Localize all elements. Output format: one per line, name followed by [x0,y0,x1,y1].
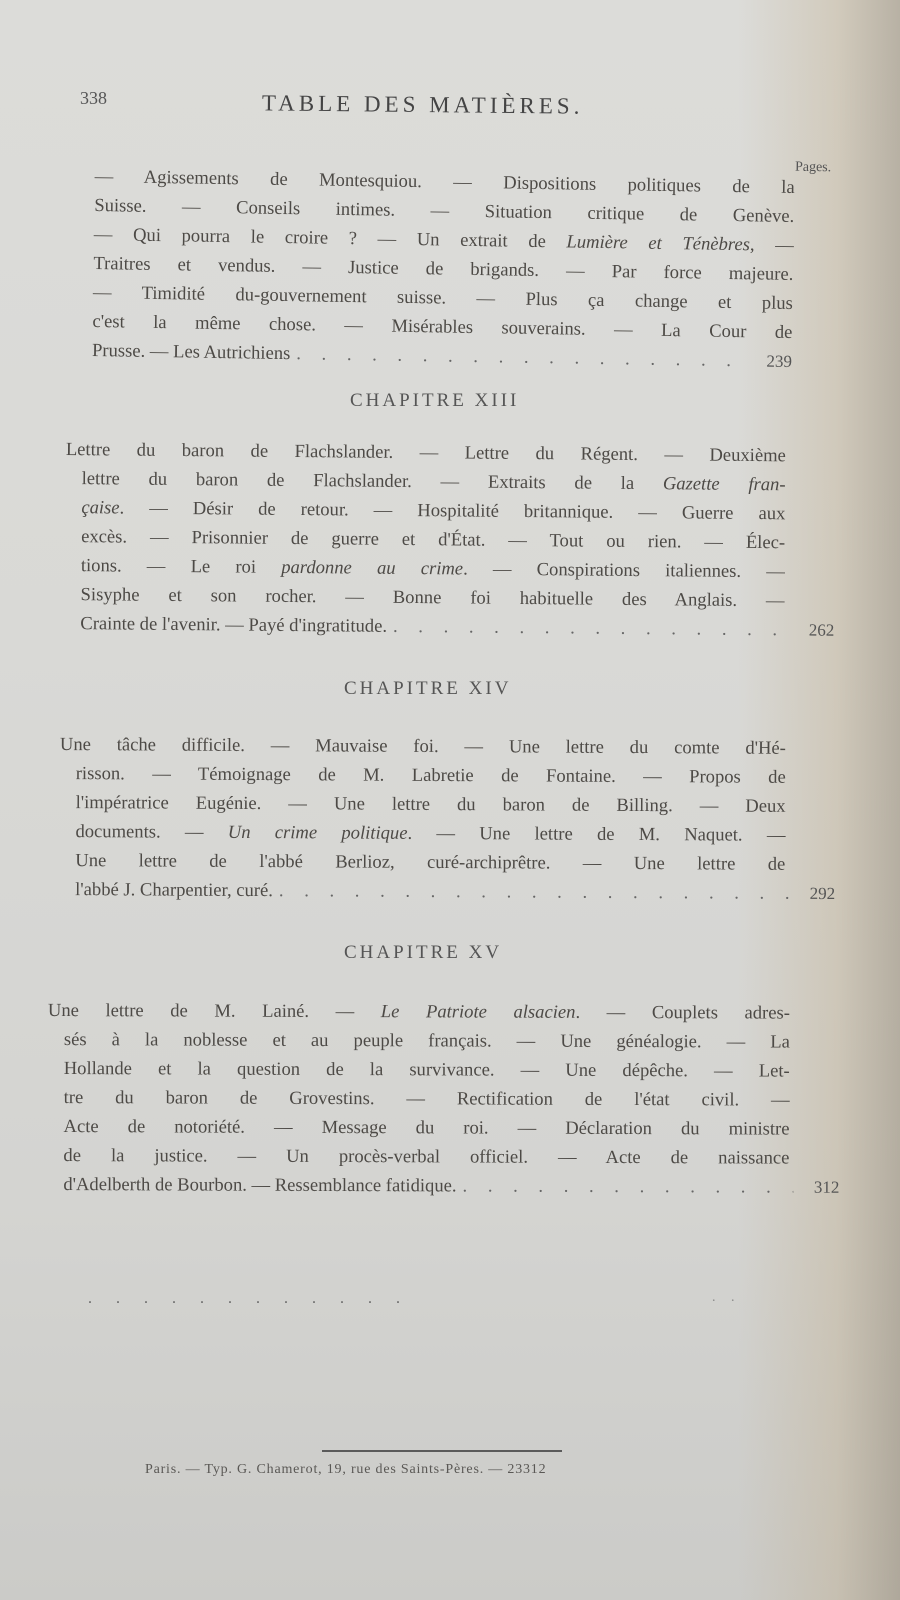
printer-imprint: Paris. — Typ. G. Chamerot, 19, rue des S… [145,1462,546,1478]
stray-dot-row-right: . . [712,1290,741,1306]
book-page: 338 TABLE DES MATIÈRES. Pages. — Agissem… [0,0,900,1600]
page-reference: 239 [752,346,792,376]
leader-dots: . . . . . . . . . . . . . . . . . . . . … [462,1171,793,1201]
toc-line: Une lettre de l'abbé Berlioz, curé-archi… [59,846,785,879]
chapter-heading-xv: CHAPITRE XV [344,942,502,964]
chapter-heading-xiii: CHAPITRE XIII [350,390,519,412]
page-number: 338 [80,88,107,109]
leader-dots: . . . . . . . . . . . . . . . . . . . . … [393,612,789,644]
stray-dot-row: . . . . . . . . . . . . [88,1290,410,1308]
page-reference: 312 [799,1173,839,1202]
toc-entry-chapter-xv: Une lettre de M. Lainé. — Le Patriote al… [47,996,790,1202]
toc-entry-continuation: — Agissements de Montesquiou. — Disposit… [92,162,795,376]
toc-line: Une tâche difficile. — Mauvaise foi. — U… [60,730,786,763]
toc-entry-chapter-xiv: Une tâche difficile. — Mauvaise foi. — U… [59,730,786,908]
toc-line-with-page: l'abbé J. Charpentier, curé. . . . . . .… [59,875,785,908]
toc-line: l'impératrice Eugénie. — Une lettre du b… [60,788,786,821]
leader-dots: . . . . . . . . . . . . . . . . . . . . … [296,339,746,375]
toc-line: Hollande et la question de la survivance… [48,1054,790,1086]
page-reference: 262 [794,615,834,644]
toc-line: risson. — Témoignage de M. Labretie de F… [60,759,786,792]
toc-line-with-page: d'Adelberth de Bourbon. — Ressemblance f… [47,1170,789,1202]
toc-entry-chapter-xiii: Lettre du baron de Flachslander. — Lettr… [64,435,786,644]
pages-column-label: Pages. [795,160,831,177]
page-reference: 292 [795,879,835,908]
toc-line: documents. — Un crime politique. — Une l… [59,817,785,850]
toc-line: sés à la noblesse et au peuple français.… [48,1025,790,1057]
footer-rule [322,1450,562,1452]
leader-dots: . . . . . . . . . . . . . . . . . . . . … [279,876,789,908]
toc-line: tre du baron de Grovestins. — Rectificat… [48,1083,790,1115]
running-title: TABLE DES MATIÈRES. [262,90,584,119]
chapter-heading-xiv: CHAPITRE XIV [344,678,511,700]
toc-line-with-page: Crainte de l'avenir. — Payé d'ingratitud… [64,609,784,644]
toc-line: Acte de notoriété. — Message du roi. — D… [47,1112,789,1144]
toc-line: de la justice. — Un procès-verbal offici… [47,1141,789,1173]
toc-line: Une lettre de M. Lainé. — Le Patriote al… [48,996,790,1028]
